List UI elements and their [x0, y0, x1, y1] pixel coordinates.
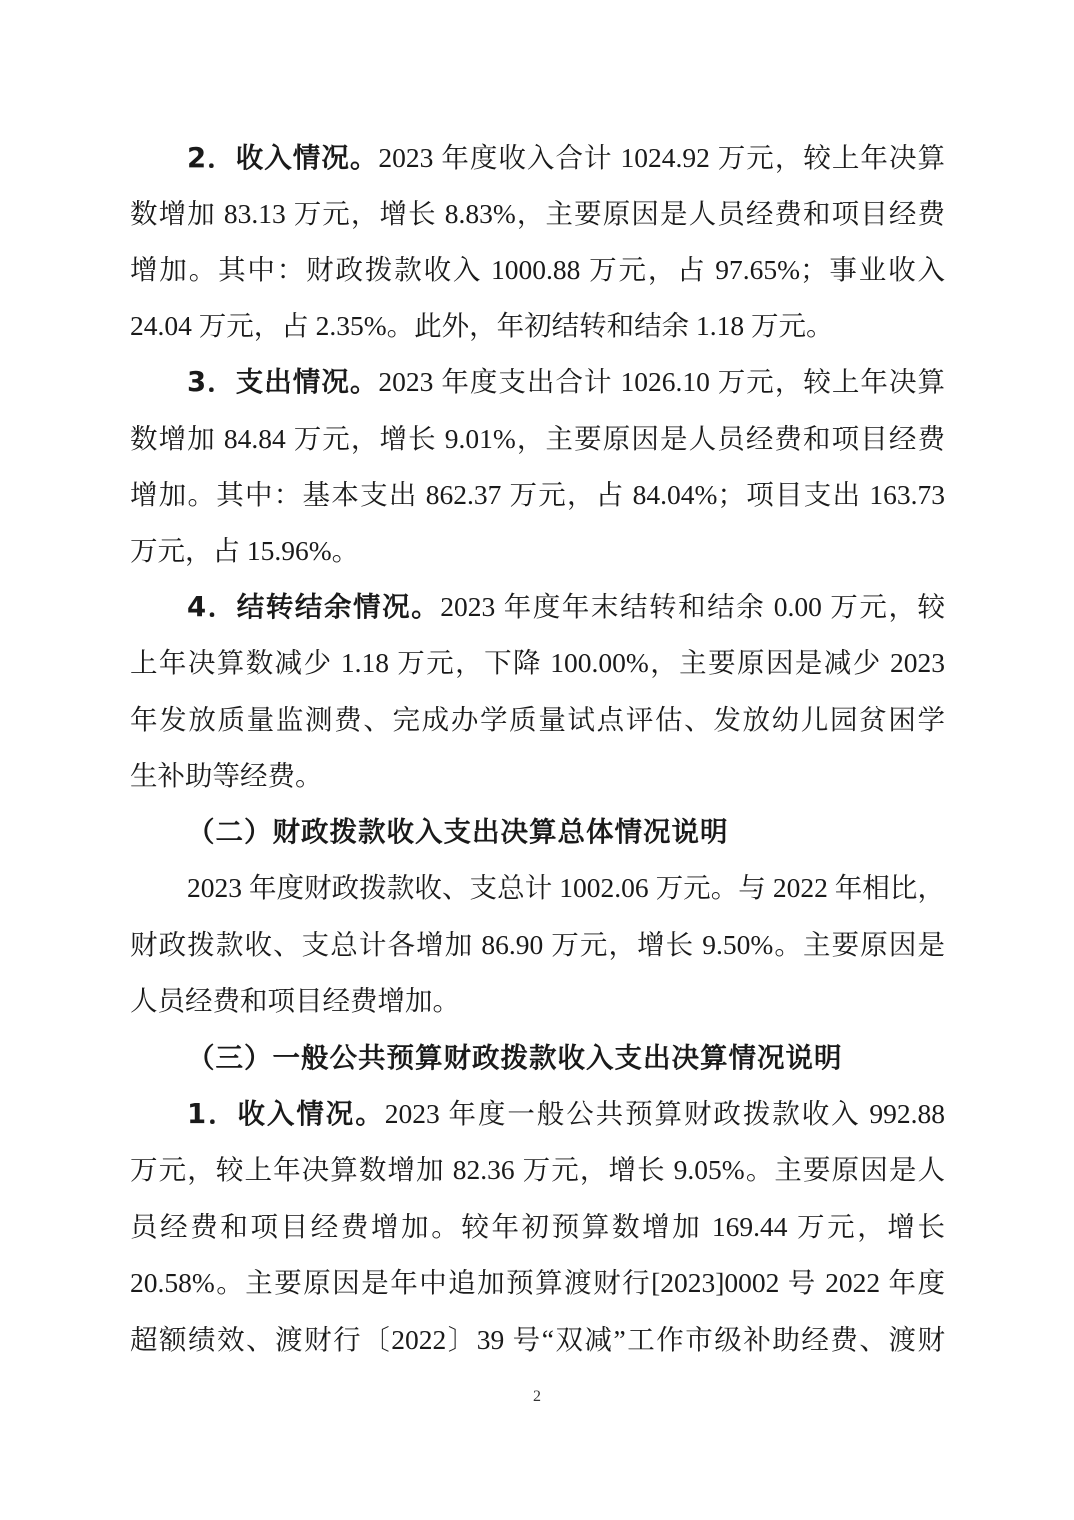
gpb-line-4: 20.58%。主要原因是年中追加预算渡财行[2023]0002 号 2022 年…: [130, 1263, 945, 1303]
carryover-line-4: 生补助等经费。: [130, 756, 945, 796]
income-lead: 2．收入情况。: [187, 142, 378, 174]
expenditure-lead: 3．支出情况。: [187, 366, 378, 398]
gpb-line-2: 万元，较上年决算数增加 82.36 万元，增长 9.05%。主要原因是人: [130, 1150, 945, 1190]
gpb-text-1: 2023 年度一般公共预算财政拨款收入 992.88: [385, 1098, 945, 1129]
expenditure-line-1: 3．支出情况。2023 年度支出合计 1026.10 万元，较上年决算: [187, 362, 945, 402]
expenditure-text-1: 2023 年度支出合计 1026.10 万元，较上年决算: [378, 366, 945, 397]
expenditure-line-2: 数增加 84.84 万元，增长 9.01%，主要原因是人员经费和项目经费: [130, 419, 945, 459]
section-heading-fiscal-overall: （二）财政拨款收入支出决算总体情况说明: [187, 812, 945, 852]
carryover-line-2: 上年决算数减少 1.18 万元，下降 100.00%，主要原因是减少 2023: [130, 643, 945, 683]
document-page: 2．收入情况。2023 年度收入合计 1024.92 万元，较上年决算 数增加 …: [0, 0, 1074, 1520]
carryover-text-1: 2023 年度年末结转和结余 0.00 万元，较: [440, 591, 945, 622]
carryover-line-3: 年发放质量监测费、完成办学质量试点评估、发放幼儿园贫困学: [130, 700, 945, 740]
expenditure-line-3: 增加。其中：基本支出 862.37 万元，占 84.04%；项目支出 163.7…: [130, 475, 945, 515]
gpb-line-5: 超额绩效、渡财行〔2022〕39 号“双减”工作市级补助经费、渡财: [130, 1320, 945, 1360]
income-line-4: 24.04 万元，占 2.35%。此外，年初结转和结余 1.18 万元。: [130, 306, 945, 346]
expenditure-line-4: 万元，占 15.96%。: [130, 531, 945, 571]
fiscal-overall-line-1: 2023 年度财政拨款收、支总计 1002.06 万元。与 2022 年相比，: [187, 868, 945, 908]
carryover-lead: 4．结转结余情况。: [187, 591, 440, 623]
section-heading-general-public-budget: （三）一般公共预算财政拨款收入支出决算情况说明: [187, 1038, 945, 1078]
gpb-line-1: 1．收入情况。2023 年度一般公共预算财政拨款收入 992.88: [187, 1094, 945, 1134]
carryover-line-1: 4．结转结余情况。2023 年度年末结转和结余 0.00 万元，较: [187, 587, 945, 627]
fiscal-overall-line-2: 财政拨款收、支总计各增加 86.90 万元，增长 9.50%。主要原因是: [130, 925, 945, 965]
gpb-lead: 1．收入情况。: [187, 1098, 385, 1130]
fiscal-overall-line-3: 人员经费和项目经费增加。: [130, 981, 945, 1021]
income-line-1: 2．收入情况。2023 年度收入合计 1024.92 万元，较上年决算: [187, 138, 945, 178]
page-number: 2: [0, 1388, 1074, 1406]
gpb-line-3: 员经费和项目经费增加。较年初预算数增加 169.44 万元，增长: [130, 1207, 945, 1247]
income-text-1: 2023 年度收入合计 1024.92 万元，较上年决算: [378, 142, 945, 173]
income-line-2: 数增加 83.13 万元，增长 8.83%，主要原因是人员经费和项目经费: [130, 194, 945, 234]
income-line-3: 增加。其中：财政拨款收入 1000.88 万元，占 97.65%；事业收入: [130, 250, 945, 290]
